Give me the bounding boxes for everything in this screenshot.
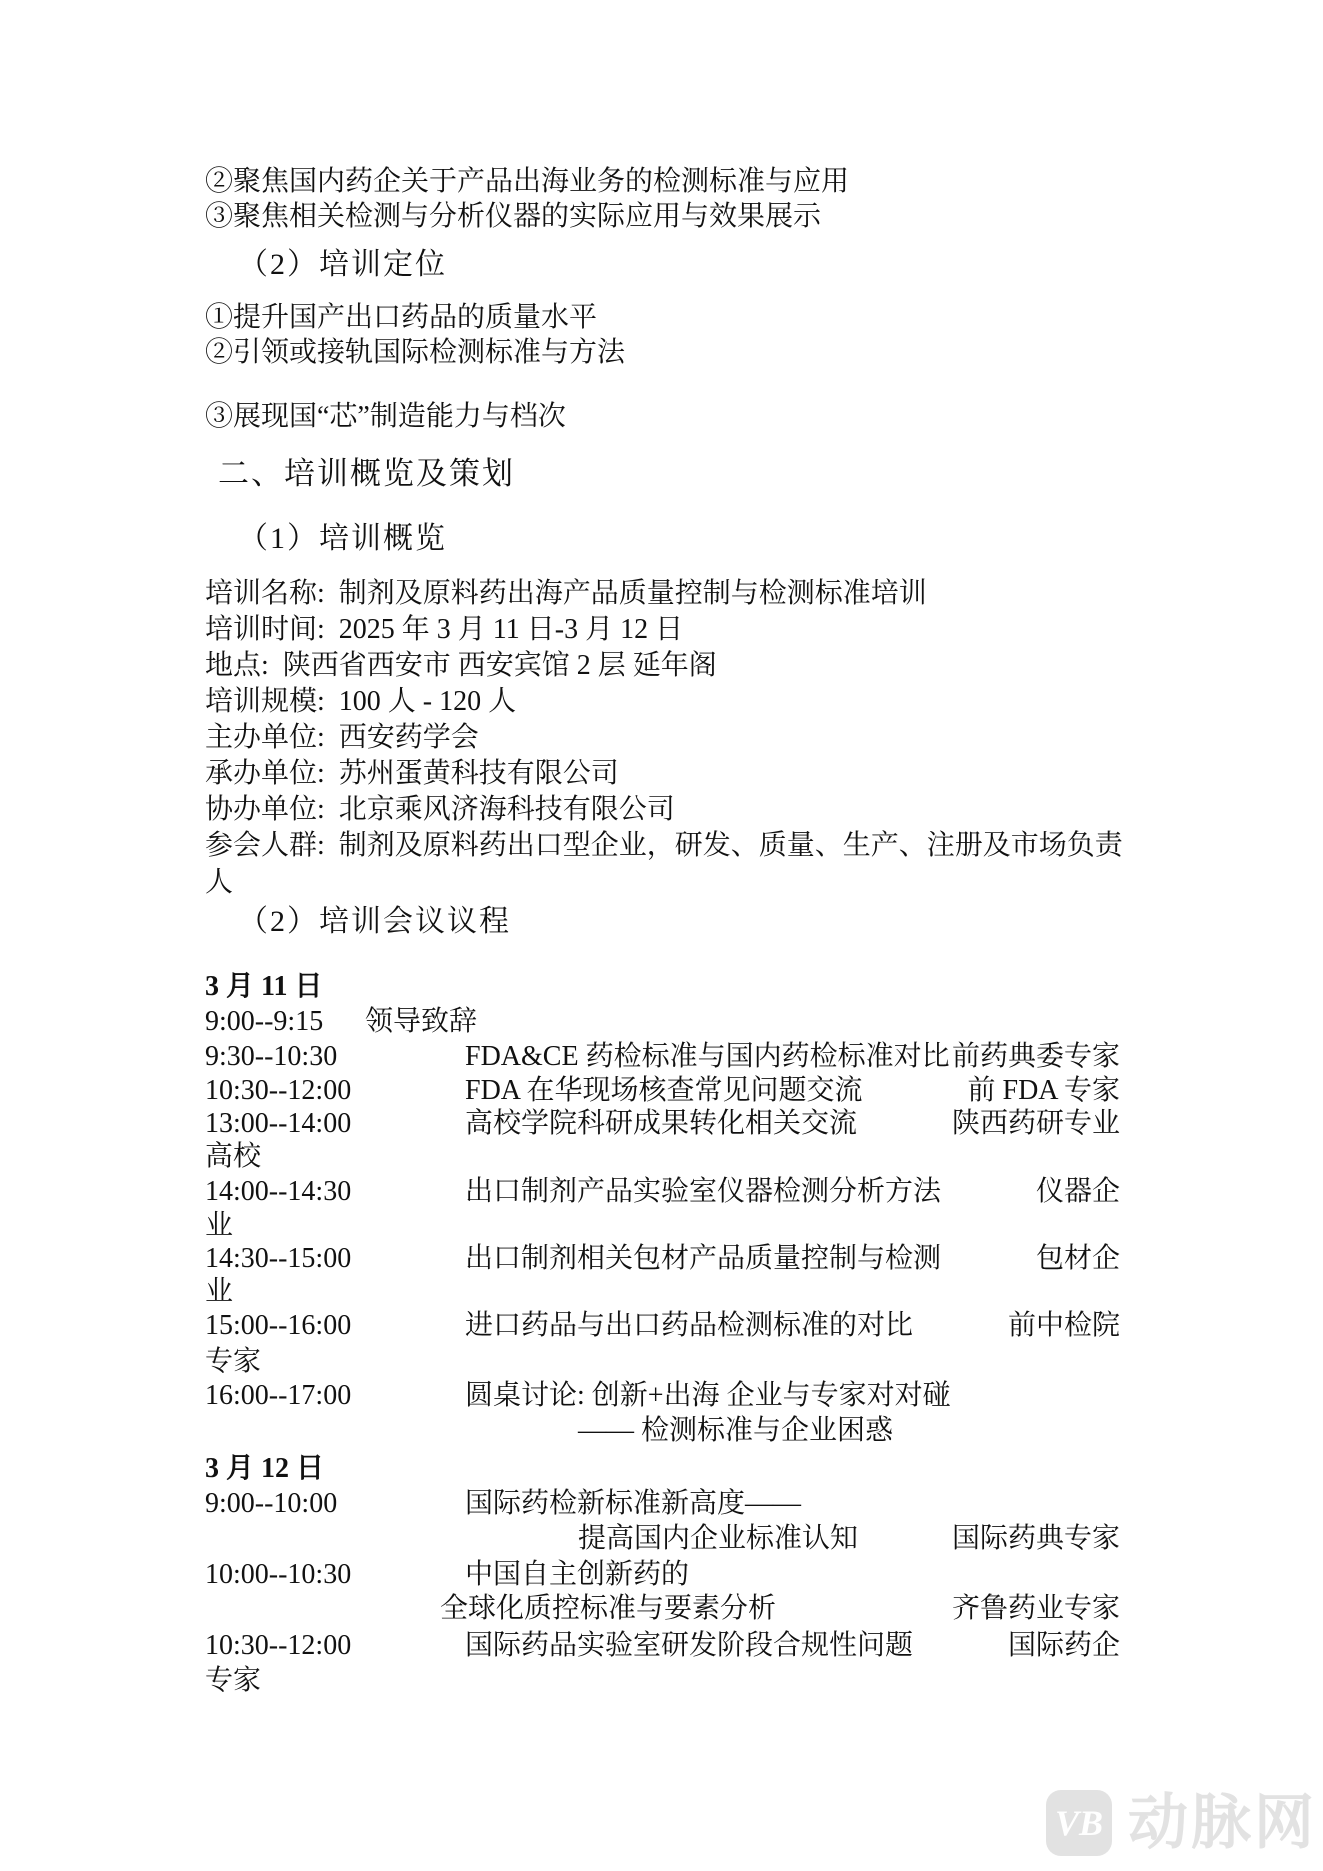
overview-row-location: 地点:陕西省西安市 西安宾馆 2 层 延年阁 — [0, 647, 1323, 684]
agenda-line: 9:00--10:00 国际药检新标准新高度—— — [0, 1485, 1323, 1522]
document-page: ②聚焦国内药企关于产品出海业务的检测标准与应用 ③聚焦相关检测与分析仪器的实际应… — [0, 0, 1323, 1871]
agenda-time: 16:00--17:00 — [205, 1377, 351, 1414]
agenda-topic-continuation: 高校 — [205, 1138, 261, 1175]
agenda-speaker: 齐鲁药业专家 — [952, 1590, 1120, 1627]
agenda-speaker-continuation: 业 — [205, 1207, 233, 1244]
agenda-speaker: 前药典委专家 — [952, 1038, 1120, 1075]
agenda-topic: 进口药品与出口药品检测标准的对比 — [465, 1307, 913, 1344]
overview-label: 主办单位: — [205, 722, 325, 753]
overview-value: 100 人 - 120 人 — [339, 686, 516, 717]
positioning-item-1: ①提升国产出口药品的质量水平 — [0, 299, 1323, 336]
vb-logo-icon: VB — [1046, 1790, 1112, 1856]
agenda-time: 10:30--12:00 — [205, 1627, 351, 1664]
heading-training-overview: （1）培训概览 — [0, 520, 1323, 557]
agenda-topic: 中国自主创新药的 — [465, 1556, 689, 1593]
heading-training-positioning: （2）培训定位 — [0, 246, 1323, 283]
intro-item-3: ③聚焦相关检测与分析仪器的实际应用与效果展示 — [0, 198, 1323, 235]
vb-logo-letters: VB — [1055, 1802, 1103, 1844]
heading-agenda: （2）培训会议议程 — [0, 903, 1323, 940]
overview-row-organizer: 承办单位:苏州蛋黄科技有限公司 — [0, 755, 1323, 792]
positioning-item-3: ③展现国“芯”制造能力与档次 — [0, 398, 1323, 435]
agenda-time: 9:00--9:15 — [205, 1003, 323, 1040]
overview-label: 协办单位: — [205, 794, 325, 825]
overview-label: 参会人群: — [205, 830, 325, 861]
positioning-item-2: ②引领或接轨国际检测标准与方法 — [0, 334, 1323, 371]
overview-value: 陕西省西安市 西安宾馆 2 层 延年阁 — [283, 650, 717, 681]
agenda-speaker-continuation: 业 — [205, 1273, 233, 1310]
agenda-time: 15:00--16:00 — [205, 1307, 351, 1344]
agenda-topic: 国际药品实验室研发阶段合规性问题 — [465, 1627, 913, 1664]
overview-value: 2025 年 3 月 11 日-3 月 12 日 — [339, 614, 683, 645]
overview-row-host: 主办单位:西安药学会 — [0, 719, 1323, 756]
intro-item-2: ②聚焦国内药企关于产品出海业务的检测标准与应用 — [0, 163, 1323, 200]
agenda-time: 9:30--10:30 — [205, 1038, 337, 1075]
agenda-line-continuation: 专家 — [0, 1343, 1323, 1380]
agenda-time: 10:30--12:00 — [205, 1072, 351, 1109]
overview-label: 培训规模: — [205, 686, 325, 717]
agenda-line: 10:30--12:00 国际药品实验室研发阶段合规性问题 国际药企 — [0, 1627, 1323, 1664]
heading-section-2: 二、培训概览及策划 — [0, 455, 1323, 492]
overview-value: 苏州蛋黄科技有限公司 — [339, 758, 619, 789]
agenda-topic: 领导致辞 — [365, 1003, 477, 1040]
agenda-topic: 国际药检新标准新高度—— — [465, 1485, 801, 1522]
agenda-day2-date: 3 月 12 日 — [0, 1450, 1323, 1487]
overview-value: 制剂及原料药出海产品质量控制与检测标准培训 — [339, 578, 927, 609]
agenda-speaker: 国际药企 — [1008, 1627, 1120, 1664]
agenda-line: 16:00--17:00 圆桌讨论: 创新+出海 企业与专家对对碰 — [0, 1377, 1323, 1414]
overview-value: 制剂及原料药出口型企业，研发、质量、生产、注册及市场负责人 — [205, 830, 1123, 898]
agenda-line: 15:00--16:00 进口药品与出口药品检测标准的对比 前中检院 — [0, 1307, 1323, 1344]
agenda-speaker: 仪器企 — [1036, 1173, 1120, 1210]
agenda-line: 14:00--14:30 出口制剂产品实验室仪器检测分析方法 仪器企 — [0, 1173, 1323, 1210]
overview-row-scale: 培训规模:100 人 - 120 人 — [0, 683, 1323, 720]
agenda-time: 9:00--10:00 — [205, 1485, 337, 1522]
agenda-speaker: 前 FDA 专家 — [968, 1072, 1120, 1109]
agenda-speaker-continuation: 专家 — [205, 1662, 261, 1699]
agenda-line: 9:30--10:30 FDA&CE 药检标准与国内药检标准对比 前药典委专家 — [0, 1038, 1323, 1075]
overview-row-name: 培训名称:制剂及原料药出海产品质量控制与检测标准培训 — [0, 575, 1323, 612]
agenda-day1-date: 3 月 11 日 — [0, 968, 1323, 1005]
agenda-line-continuation: 业 — [0, 1207, 1323, 1244]
agenda-time: 13:00--14:00 — [205, 1105, 351, 1142]
agenda-time: 14:00--14:30 — [205, 1173, 351, 1210]
agenda-line-continuation: 业 — [0, 1273, 1323, 1310]
agenda-line: 9:00--9:15 领导致辞 — [0, 1003, 1323, 1040]
overview-value: 北京乘风济海科技有限公司 — [339, 794, 675, 825]
overview-row-audience: 参会人群:制剂及原料药出口型企业，研发、质量、生产、注册及市场负责人 — [205, 827, 1150, 901]
overview-value: 西安药学会 — [339, 722, 479, 753]
agenda-topic: 出口制剂产品实验室仪器检测分析方法 — [465, 1173, 941, 1210]
agenda-line: 13:00--14:00 高校学院科研成果转化相关交流 陕西药研专业 — [0, 1105, 1323, 1142]
overview-label: 培训时间: — [205, 614, 325, 645]
agenda-speaker: 包材企 — [1036, 1240, 1120, 1277]
agenda-speaker: 陕西药研专业 — [952, 1105, 1120, 1142]
overview-label: 地点: — [205, 650, 269, 681]
agenda-line-continuation: —— 检测标准与企业困惑 — [0, 1412, 1323, 1449]
watermark-brand-text: 动脉网 — [1128, 1790, 1317, 1856]
agenda-line-continuation: 提高国内企业标准认知 国际药典专家 — [0, 1520, 1323, 1557]
agenda-line-continuation: 专家 — [0, 1662, 1323, 1699]
overview-label: 培训名称: — [205, 578, 325, 609]
agenda-speaker: 国际药典专家 — [952, 1520, 1120, 1557]
agenda-speaker: 前中检院 — [1008, 1307, 1120, 1344]
agenda-topic-continuation: —— 检测标准与企业困惑 — [578, 1412, 893, 1449]
agenda-topic: 高校学院科研成果转化相关交流 — [465, 1105, 857, 1142]
overview-row-time: 培训时间:2025 年 3 月 11 日-3 月 12 日 — [0, 611, 1323, 648]
agenda-line-continuation: 全球化质控标准与要素分析 齐鲁药业专家 — [0, 1590, 1323, 1627]
agenda-line: 10:30--12:00 FDA 在华现场核查常见问题交流 前 FDA 专家 — [0, 1072, 1323, 1109]
agenda-topic: 出口制剂相关包材产品质量控制与检测 — [465, 1240, 941, 1277]
agenda-line-continuation: 高校 — [0, 1138, 1323, 1175]
vb-watermark: VB 动脉网 — [1046, 1790, 1317, 1856]
agenda-line: 14:30--15:00 出口制剂相关包材产品质量控制与检测 包材企 — [0, 1240, 1323, 1277]
agenda-topic: FDA 在华现场核查常见问题交流 — [465, 1072, 862, 1109]
agenda-topic: FDA&CE 药检标准与国内药检标准对比 — [465, 1038, 950, 1075]
overview-label: 承办单位: — [205, 758, 325, 789]
agenda-topic-continuation: 提高国内企业标准认知 — [578, 1520, 858, 1557]
agenda-topic-continuation: 全球化质控标准与要素分析 — [440, 1590, 776, 1627]
agenda-time: 10:00--10:30 — [205, 1556, 351, 1593]
overview-row-coorganizer: 协办单位:北京乘风济海科技有限公司 — [0, 791, 1323, 828]
agenda-time: 14:30--15:00 — [205, 1240, 351, 1277]
agenda-topic: 圆桌讨论: 创新+出海 企业与专家对对碰 — [465, 1377, 951, 1414]
agenda-line: 10:00--10:30 中国自主创新药的 — [0, 1556, 1323, 1593]
agenda-speaker-continuation: 专家 — [205, 1343, 261, 1380]
